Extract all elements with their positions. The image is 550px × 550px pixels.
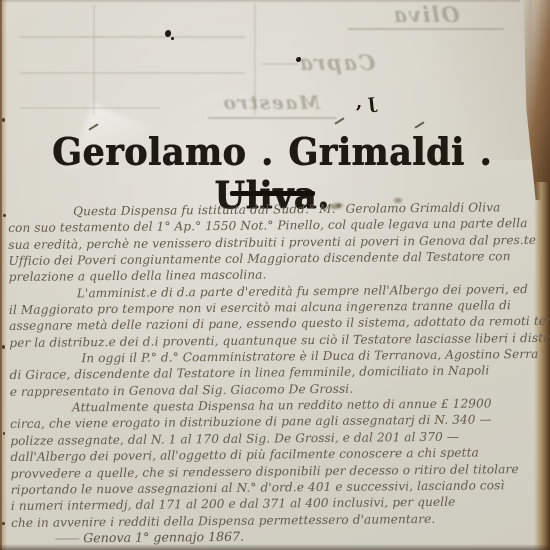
bleedthrough-rule-vertical: [93, 5, 95, 115]
manuscript-photo: Oliva Capra Maestro , J Gerolamo . Grima…: [0, 0, 550, 550]
ink-mark-comma: ,: [356, 92, 362, 113]
bleedthrough-rule: [20, 36, 245, 38]
binding-speck: [3, 214, 6, 217]
bleedthrough-text-maestro: Maestro: [222, 92, 320, 114]
binding-edge-line: [0, 0, 2, 550]
bleedthrough-text-capra: Capra: [298, 50, 375, 75]
ink-blot: [171, 37, 174, 40]
ink-blot: [165, 30, 171, 37]
dateline-dash: [55, 538, 79, 540]
page-edge-top: [0, 0, 520, 3]
bleedthrough-rule: [262, 63, 298, 65]
bleedthrough-text-oliva: Oliva: [392, 2, 460, 27]
bleedthrough-rule: [348, 28, 504, 30]
bleedthrough-rule: [20, 107, 160, 109]
manuscript-lines: Questa Dispensa fu istituita dal Sudd.° …: [8, 199, 547, 531]
bleedthrough-rule: [208, 117, 336, 119]
bleedthrough-rule: [20, 72, 245, 74]
binding-speck: [2, 345, 5, 349]
binding-speck: [2, 522, 5, 525]
manuscript-body: Questa Dispensa fu istituita dal Sudd.° …: [8, 199, 547, 548]
binding-speck: [3, 432, 5, 435]
binding-speck: [2, 118, 5, 122]
dateline-text: Genova 1° gennajo 1867.: [83, 529, 244, 546]
title-divider-rule: [230, 191, 315, 196]
ink-mark-hook: J: [367, 94, 377, 114]
ink-blot: [296, 57, 301, 62]
bleedthrough-rule-vertical: [254, 3, 256, 115]
